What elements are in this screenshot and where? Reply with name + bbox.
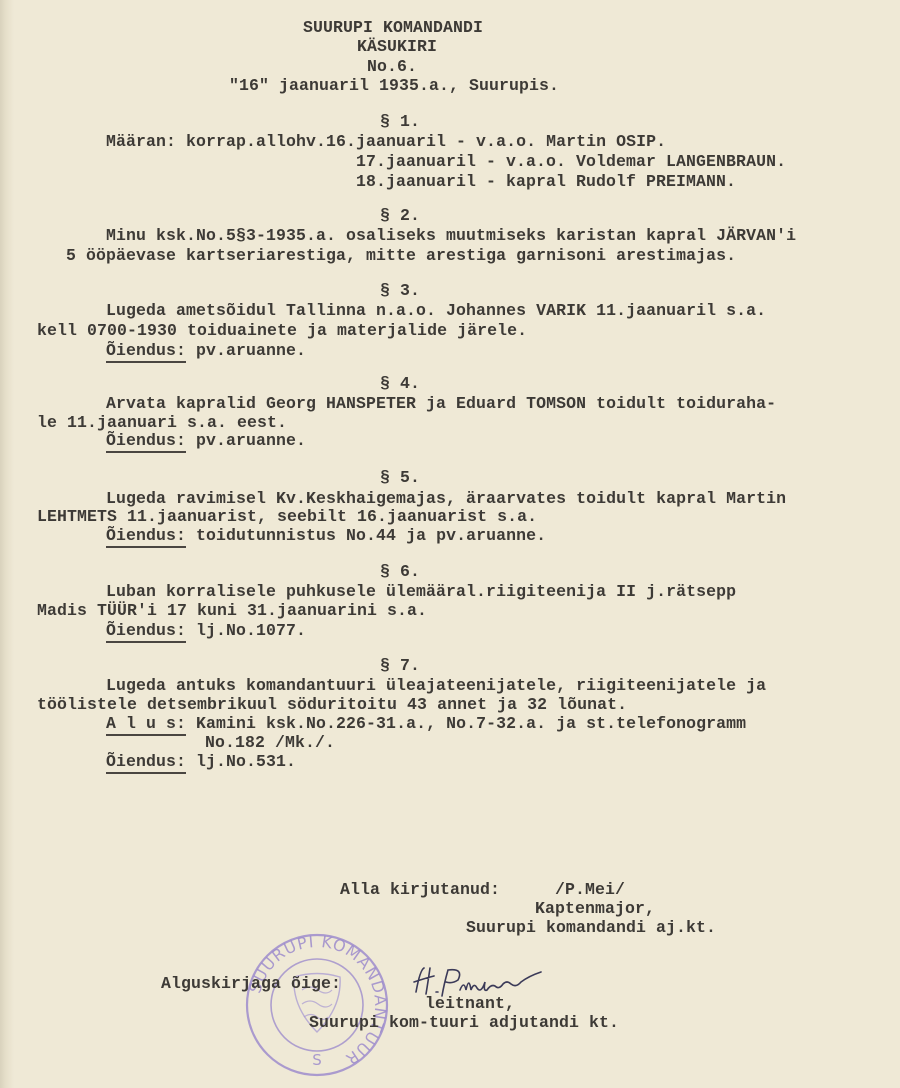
note-label: Õiendus: (106, 752, 186, 774)
section-7-heading: § 7. (380, 656, 420, 676)
section-6-line: Madis TÜÜR'i 17 kuni 31.jaanuarini s.a. (37, 601, 427, 621)
section-7-basis-cont: No.182 /Mk./. (205, 733, 335, 753)
certified-label: Alguskirjaga õige: (161, 974, 341, 994)
order-date-place: "16" jaanuaril 1935.a., Suurupis. (229, 76, 559, 96)
basis-text: Kamini ksk.No.226-31.a., No.7-32.a. ja s… (196, 714, 746, 733)
signer-position: Suurupi komandandi aj.kt. (466, 918, 716, 938)
section-7-line: Lugeda antuks komandantuuri üleajateenij… (106, 676, 766, 696)
section-3-note: Õiendus: pv.aruanne. (106, 341, 306, 361)
section-7-note: Õiendus: lj.No.531. (106, 752, 296, 772)
note-text: pv.aruanne. (196, 341, 306, 360)
note-label: Õiendus: (106, 341, 186, 363)
certifier-rank: leitnant, (425, 994, 515, 1014)
section-3-line: Lugeda ametsõidul Tallinna n.a.o. Johann… (106, 301, 766, 321)
note-label: Õiendus: (106, 526, 186, 548)
section-6-heading: § 6. (380, 562, 420, 582)
note-text: lj.No.1077. (196, 621, 306, 640)
section-5-heading: § 5. (380, 468, 420, 488)
certifier-position: Suurupi kom-tuuri adjutandi kt. (309, 1013, 619, 1033)
section-4-line: Arvata kapralid Georg HANSPETER ja Eduar… (106, 394, 776, 414)
basis-label: A l u s: (106, 714, 186, 736)
section-1-line: Määran: korrap.allohv.16.jaanuaril - v.a… (106, 132, 666, 152)
signed-label: Alla kirjutanud: (340, 880, 500, 900)
section-5-note: Õiendus: toidutunnistus No.44 ja pv.arua… (106, 526, 546, 546)
section-5-line: Lugeda ravimisel Kv.Keskhaigemajas, äraa… (106, 489, 786, 509)
section-2-line: Minu ksk.No.5§3-1935.a. osaliseks muutmi… (106, 226, 796, 246)
section-1-line: 17.jaanuaril - v.a.o. Voldemar LANGENBRA… (356, 152, 786, 172)
official-stamp: SUURUPI KOMANDANTUUR S (244, 932, 390, 1078)
section-3-line: kell 0700-1930 toiduainete ja materjalid… (37, 321, 527, 341)
note-text: toidutunnistus No.44 ja pv.aruanne. (196, 526, 546, 545)
section-5-line: LEHTMETS 11.jaanuarist, seebilt 16.jaanu… (37, 507, 537, 527)
section-7-basis: A l u s: Kamini ksk.No.226-31.a., No.7-3… (106, 714, 746, 734)
document-page: SUURUPI KOMANDANDI KÄSUKIRI No.6. "16" j… (0, 0, 900, 1088)
section-4-line: le 11.jaanuari s.a. eest. (37, 413, 287, 433)
section-1-line: 18.jaanuaril - kapral Rudolf PREIMANN. (356, 172, 736, 192)
order-number: No.6. (367, 57, 417, 77)
signer-rank: Kaptenmajor, (535, 899, 655, 919)
note-text: pv.aruanne. (196, 431, 306, 450)
section-6-line: Luban korralisele puhkusele ülemääral.ri… (106, 582, 736, 602)
section-3-heading: § 3. (380, 281, 420, 301)
note-label: Õiendus: (106, 431, 186, 453)
section-2-heading: § 2. (380, 206, 420, 226)
svg-text:S: S (312, 1051, 322, 1069)
signer-name: /P.Mei/ (555, 880, 625, 900)
section-1-heading: § 1. (380, 112, 420, 132)
section-4-heading: § 4. (380, 374, 420, 394)
svg-text:SUURUPI KOMANDANTUUR: SUURUPI KOMANDANTUUR (245, 932, 390, 1069)
note-text: lj.No.531. (196, 752, 296, 771)
section-7-line: töölistele detsembrikuul söduritoitu 43 … (37, 695, 627, 715)
section-6-note: Õiendus: lj.No.1077. (106, 621, 306, 641)
note-label: Õiendus: (106, 621, 186, 643)
section-2-line: 5 ööpäevase kartseriarestiga, mitte ares… (66, 246, 736, 266)
header-unit: SUURUPI KOMANDANDI (303, 18, 483, 38)
header-title: KÄSUKIRI (357, 37, 437, 57)
section-4-note: Õiendus: pv.aruanne. (106, 431, 306, 451)
